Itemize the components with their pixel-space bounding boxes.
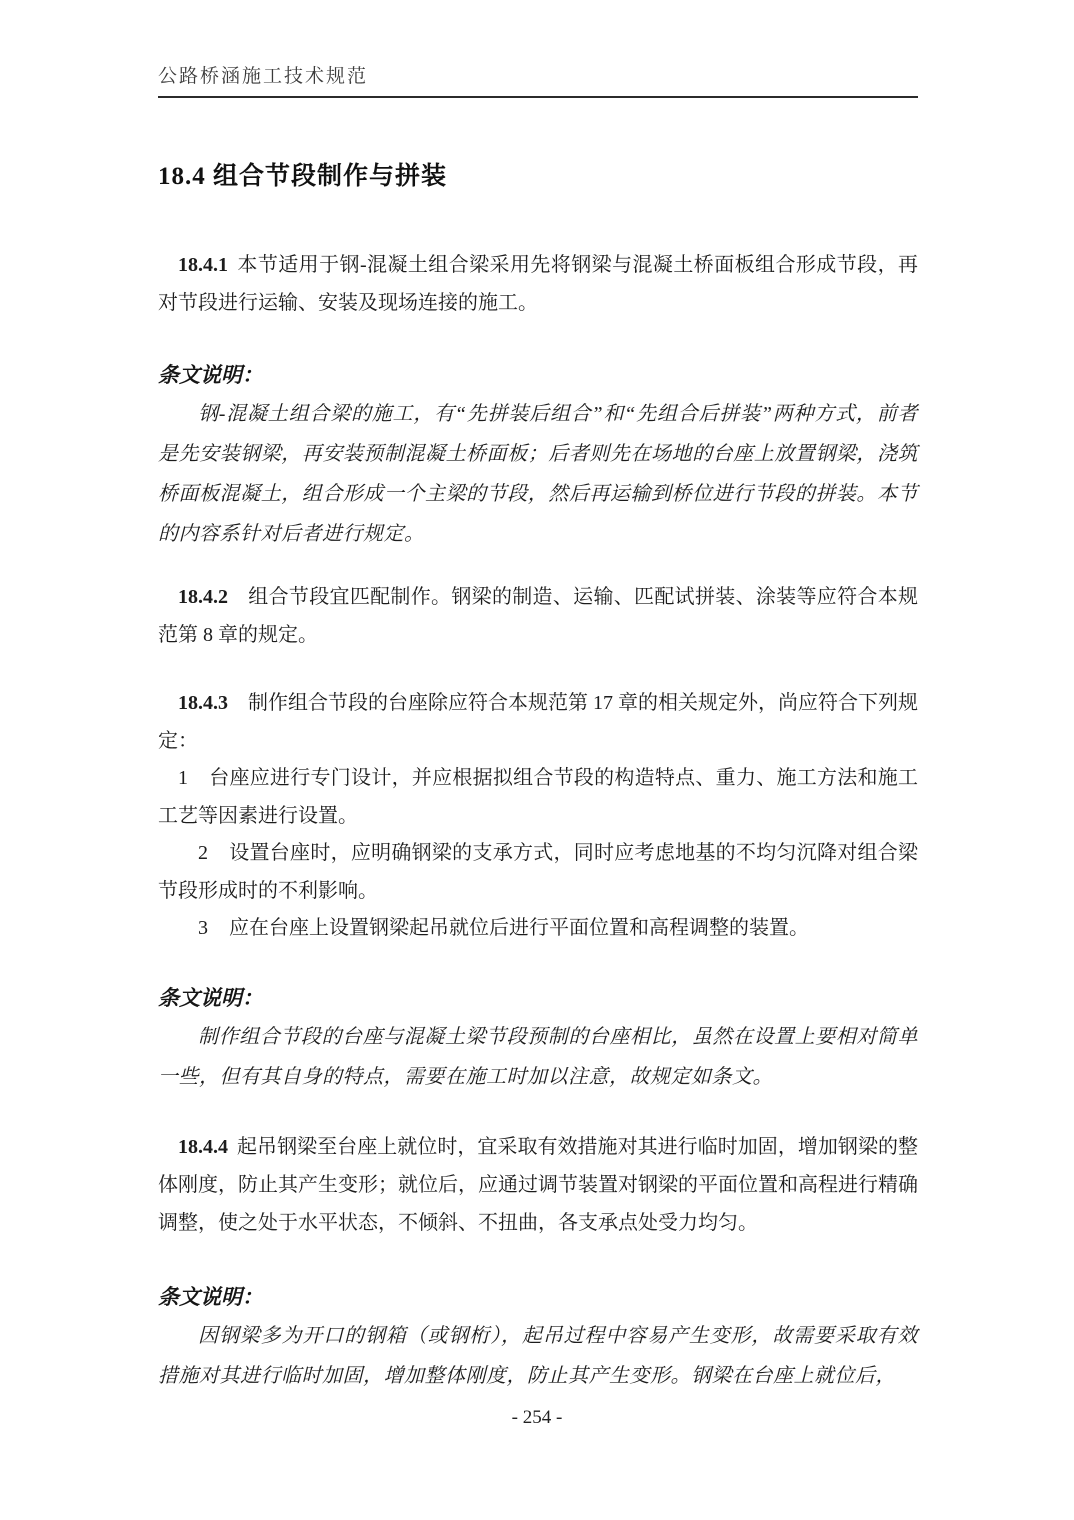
list-item-number: 3 xyxy=(198,917,208,939)
commentary-text: 钢-混凝土组合梁的施工，有“先拼装后组合”和“先组合后拼装”两种方式，前者是先安… xyxy=(158,394,918,554)
document-body: 18.4 组合节段制作与拼装 18.4.1本节适用于钢-混凝土组合梁采用先将钢梁… xyxy=(158,160,918,1396)
commentary-text: 因钢梁多为开口的钢箱（或钢桁），起吊过程中容易产生变形，故需要采取有效措施对其进… xyxy=(158,1316,918,1396)
commentary-text: 制作组合节段的台座与混凝土梁节段预制的台座相比，虽然在设置上要相对简单一些，但有… xyxy=(158,1017,918,1097)
clause-number: 18.4.1 xyxy=(178,254,228,276)
clause-number: 18.4.4 xyxy=(178,1136,228,1158)
page-number: - 254 - xyxy=(512,1407,563,1428)
clause-18-4-3: 18.4.3制作组合节段的台座除应符合本规范第 17 章的相关规定外，尚应符合下… xyxy=(158,684,918,760)
clause-18-4-1: 18.4.1本节适用于钢-混凝土组合梁采用先将钢梁与混凝土桥面板组合形成节段，再… xyxy=(158,246,918,322)
clause-text: 本节适用于钢-混凝土组合梁采用先将钢梁与混凝土桥面板组合形成节段，再对节段进行运… xyxy=(158,254,918,314)
clause-text: 组合节段宜匹配制作。钢梁的制造、运输、匹配试拼装、涂装等应符合本规范第 8 章的… xyxy=(158,586,918,646)
commentary-label: 条文说明： xyxy=(158,356,918,394)
list-item-1: 1台座应进行专门设计，并应根据拟组合节段的构造特点、重力、施工方法和施工工艺等因… xyxy=(158,760,918,835)
commentary-block-3: 条文说明： 因钢梁多为开口的钢箱（或钢桁），起吊过程中容易产生变形，故需要采取有… xyxy=(158,1278,918,1396)
list-item-number: 1 xyxy=(178,767,188,789)
running-header-title: 公路桥涵施工技术规范 xyxy=(158,66,368,87)
clause-text: 制作组合节段的台座除应符合本规范第 17 章的相关规定外，尚应符合下列规定： xyxy=(158,692,918,752)
list-item-2: 2设置台座时，应明确钢梁的支承方式，同时应考虑地基的不均匀沉降对组合梁节段形成时… xyxy=(158,835,918,910)
commentary-label: 条文说明： xyxy=(158,1278,918,1316)
page-footer: - 254 - xyxy=(0,1407,1074,1429)
commentary-block-1: 条文说明： 钢-混凝土组合梁的施工，有“先拼装后组合”和“先组合后拼装”两种方式… xyxy=(158,356,918,554)
document-page: 公路桥涵施工技术规范 18.4 组合节段制作与拼装 18.4.1本节适用于钢-混… xyxy=(0,0,1074,1520)
clause-18-4-2: 18.4.2组合节段宜匹配制作。钢梁的制造、运输、匹配试拼装、涂装等应符合本规范… xyxy=(158,578,918,654)
list-item-number: 2 xyxy=(198,842,208,864)
commentary-block-2: 条文说明： 制作组合节段的台座与混凝土梁节段预制的台座相比，虽然在设置上要相对简… xyxy=(158,979,918,1097)
section-heading: 18.4 组合节段制作与拼装 xyxy=(158,160,918,194)
clause-number: 18.4.3 xyxy=(178,692,228,714)
clause-18-4-4: 18.4.4起吊钢梁至台座上就位时，宜采取有效措施对其进行临时加固，增加钢梁的整… xyxy=(158,1128,918,1242)
clause-text: 起吊钢梁至台座上就位时，宜采取有效措施对其进行临时加固，增加钢梁的整体刚度，防止… xyxy=(158,1136,918,1234)
list-item-text: 设置台座时，应明确钢梁的支承方式，同时应考虑地基的不均匀沉降对组合梁节段形成时的… xyxy=(158,842,918,902)
running-header: 公路桥涵施工技术规范 xyxy=(158,64,918,98)
list-item-text: 台座应进行专门设计，并应根据拟组合节段的构造特点、重力、施工方法和施工工艺等因素… xyxy=(158,767,918,827)
clause-number: 18.4.2 xyxy=(178,586,228,608)
list-item-text: 应在台座上设置钢梁起吊就位后进行平面位置和高程调整的装置。 xyxy=(229,917,809,939)
list-item-3: 3应在台座上设置钢梁起吊就位后进行平面位置和高程调整的装置。 xyxy=(158,910,918,948)
commentary-label: 条文说明： xyxy=(158,979,918,1017)
